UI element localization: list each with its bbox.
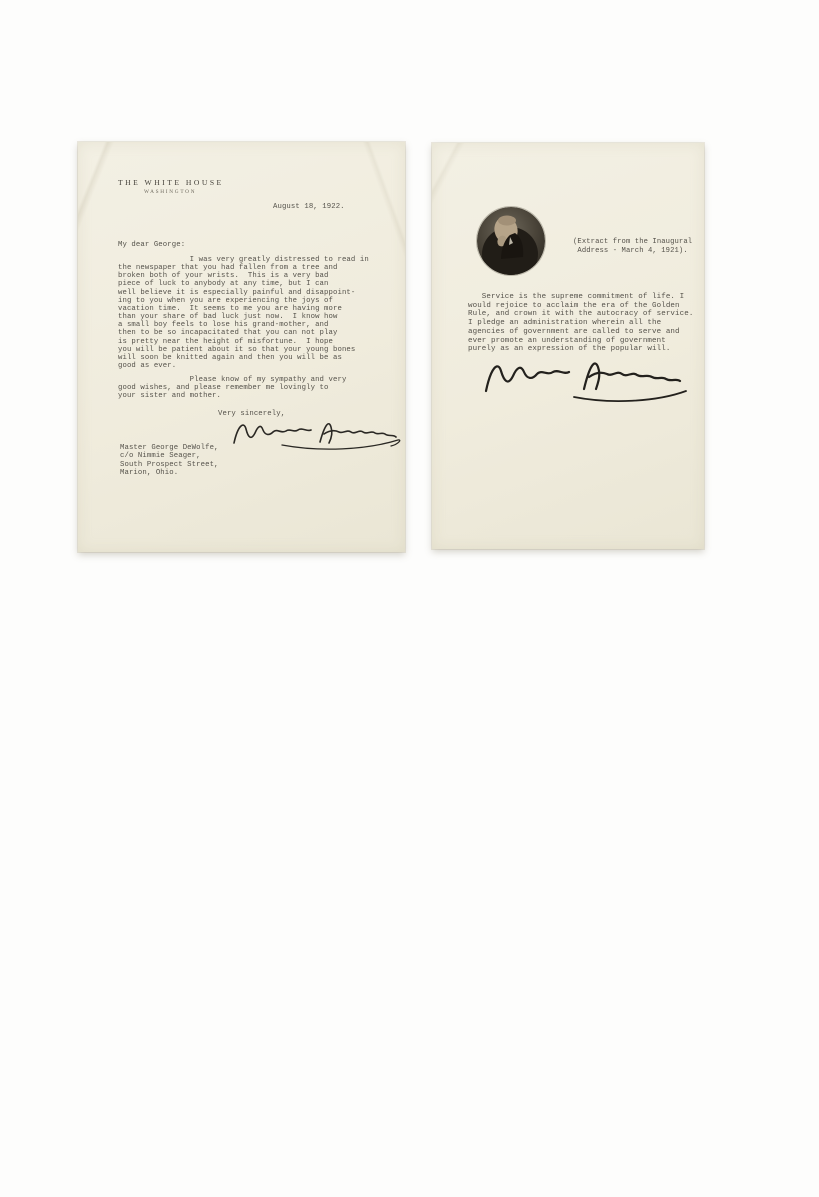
- white-house-letter-page: THE WHITE HOUSE WASHINGTON August 18, 19…: [78, 142, 405, 552]
- extract-caption: (Extract from the Inaugural Address - Ma…: [573, 238, 692, 255]
- harding-signature-large: [478, 351, 696, 411]
- recipient-address-block: Master George DeWolfe, c/o Nimmie Seager…: [120, 444, 219, 477]
- inaugural-extract-page: (Extract from the Inaugural Address - Ma…: [432, 143, 704, 549]
- letter-paragraph-2: Please know of my sympathy and very good…: [118, 376, 346, 400]
- letterhead-subtitle: WASHINGTON: [144, 189, 196, 195]
- harding-portrait-photo: [477, 207, 545, 275]
- harding-signature: [228, 414, 404, 456]
- letter-date: August 18, 1922.: [273, 203, 345, 211]
- letterhead-title: THE WHITE HOUSE: [118, 178, 224, 187]
- letter-salutation: My dear George:: [118, 241, 185, 249]
- letter-paragraph-1: I was very greatly distressed to read in…: [118, 256, 369, 370]
- extract-body: Service is the supreme commitment of lif…: [468, 293, 693, 354]
- photo-of-two-letters: THE WHITE HOUSE WASHINGTON August 18, 19…: [0, 0, 819, 1197]
